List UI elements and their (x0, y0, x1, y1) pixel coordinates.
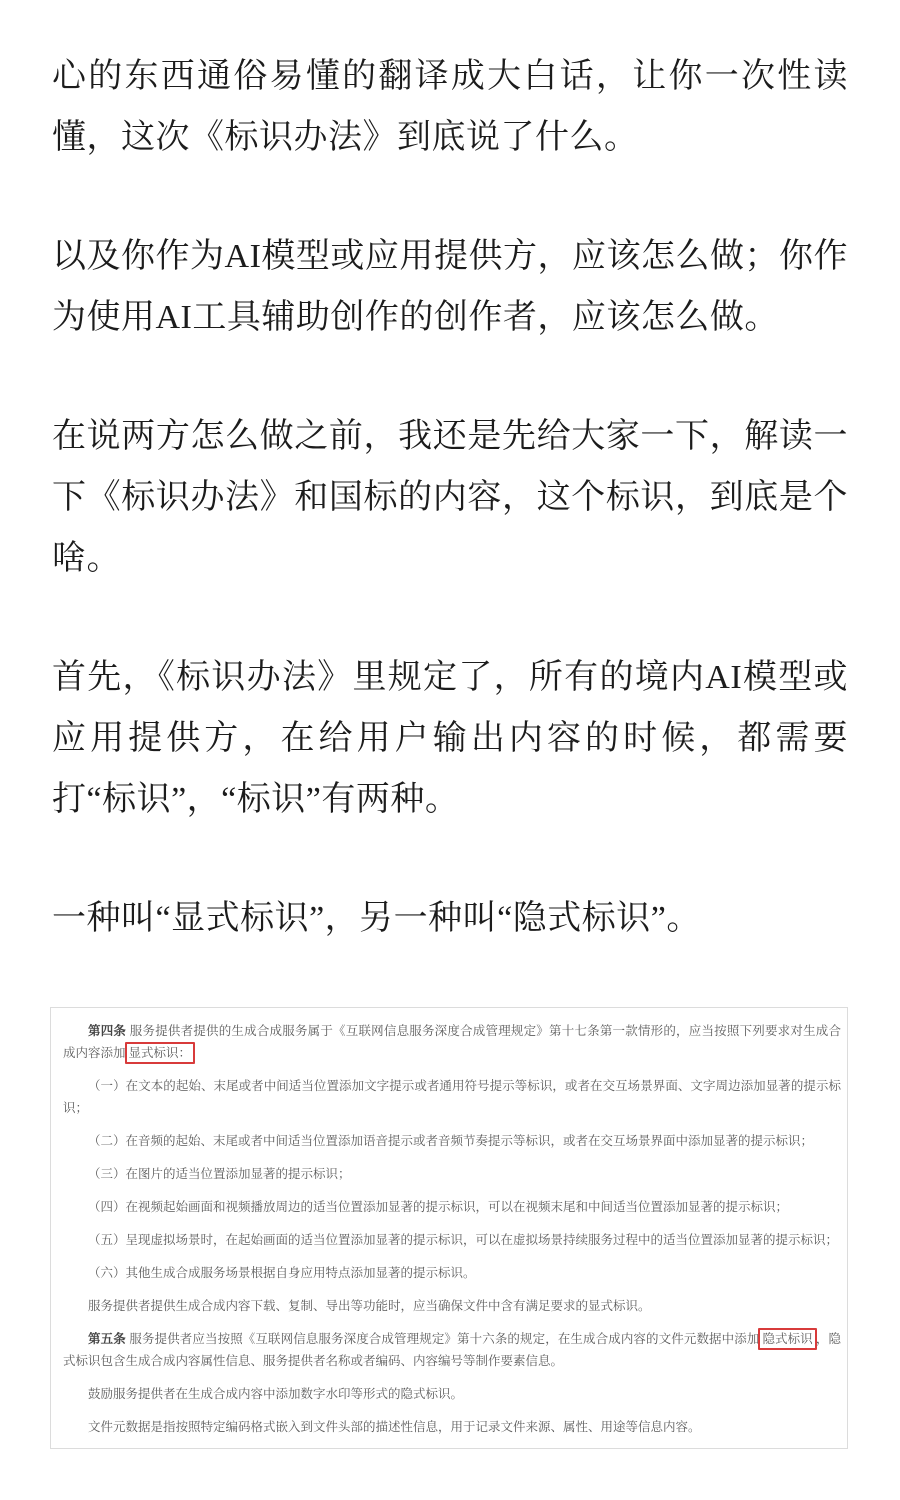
regulation-item-1: （一）在文本的起始、末尾或者中间适当位置添加文字提示或者通用符号提示等标识，或者… (63, 1075, 841, 1119)
article-paragraph-3: 在说两方怎么做之前，我还是先给大家一下，解读一下《标识办法》和国标的内容，这个标… (52, 406, 848, 589)
article-body: 心的东西通俗易懂的翻译成大白话，让你一次性读懂，这次《标识办法》到底说了什么。 … (0, 0, 900, 1449)
regulation-item-4: （四）在视频起始画面和视频播放周边的适当位置添加显著的提示标识，可以在视频末尾和… (63, 1196, 841, 1218)
article-4-number: 第四条 (88, 1024, 126, 1038)
article-paragraph-1: 心的东西通俗易懂的翻译成大白话，让你一次性读懂，这次《标识办法》到底说了什么。 (52, 46, 848, 168)
page: { "article": { "paragraphs": [ "心的东西通俗易懂… (0, 0, 900, 1500)
regulation-watermark-note: 鼓励服务提供者在生成合成内容中添加数字水印等形式的隐式标识。 (63, 1383, 841, 1405)
regulation-article-5: 第五条 服务提供者应当按照《互联网信息服务深度合成管理规定》第十六条的规定，在生… (63, 1328, 841, 1372)
article-5-text-before: 服务提供者应当按照《互联网信息服务深度合成管理规定》第十六条的规定，在生成合成内… (126, 1332, 760, 1346)
regulation-item-6: （六）其他生成合成服务场景根据自身应用特点添加显著的提示标识。 (63, 1262, 841, 1284)
regulation-article-4: 第四条 服务提供者提供的生成合成服务属于《互联网信息服务深度合成管理规定》第十七… (63, 1020, 841, 1064)
regulation-download-note: 服务提供者提供生成合成内容下载、复制、导出等功能时，应当确保文件中含有满足要求的… (63, 1295, 841, 1317)
regulation-item-5: （五）呈现虚拟场景时，在起始画面的适当位置添加显著的提示标识，可以在虚拟场景持续… (63, 1229, 841, 1251)
regulation-metadata-note: 文件元数据是指按照特定编码格式嵌入到文件头部的描述性信息，用于记录文件来源、属性… (63, 1416, 841, 1438)
regulation-item-2: （二）在音频的起始、末尾或者中间适当位置添加语音提示或者音频节奏提示等标识，或者… (63, 1130, 841, 1152)
article-paragraph-2: 以及你作为AI模型或应用提供方，应该怎么做；你作为使用AI工具辅助创作的创作者，… (52, 226, 848, 348)
article-paragraph-4: 首先，《标识办法》里规定了，所有的境内AI模型或应用提供方，在给用户输出内容的时… (52, 647, 848, 830)
article-paragraph-5: 一种叫“显式标识”，另一种叫“隐式标识”。 (52, 888, 848, 949)
regulation-screenshot: 第四条 服务提供者提供的生成合成服务属于《互联网信息服务深度合成管理规定》第十七… (50, 1007, 848, 1449)
explicit-label-highlight-box: 显式标识： (125, 1042, 196, 1064)
article-5-number: 第五条 (88, 1332, 126, 1346)
implicit-label-highlight-box: 隐式标识 (758, 1328, 816, 1350)
regulation-item-3: （三）在图片的适当位置添加显著的提示标识； (63, 1163, 841, 1185)
